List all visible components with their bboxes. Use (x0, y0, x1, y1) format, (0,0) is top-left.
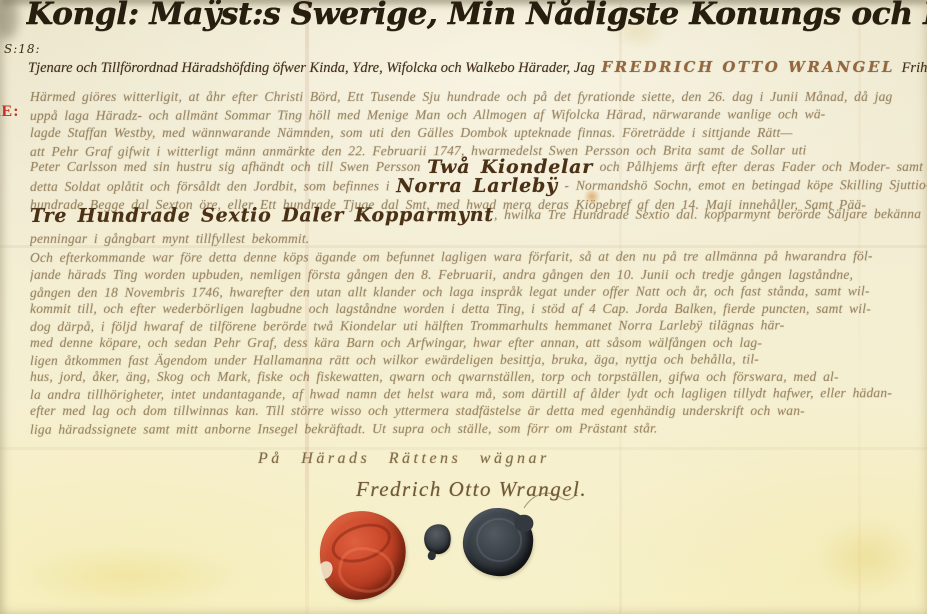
line-text: , hwilka Tre Hundrade Sextio dal. koppar… (494, 206, 927, 222)
parchment-document: S:18: RE: Kongl: Maÿst:s Swerige, Min Nå… (0, 0, 927, 614)
wax-drop-tail (427, 551, 436, 561)
line-text: Härmed giöres witterligit, at åhr efter … (30, 89, 892, 104)
court-attestation: På Härads Rättens wägnar (258, 450, 550, 468)
edge-stamp: RE: (0, 103, 20, 121)
line-text: detta Soldat oplåtit och försåldt den Jo… (30, 178, 396, 194)
paper-stain (820, 522, 915, 592)
line-text: och Pålhjems ärft efter deras Fader och … (593, 159, 927, 174)
paper-stain (20, 548, 240, 603)
red-wax-seal (316, 507, 411, 604)
line-text: penningar i gångbart mynt tillfyllest be… (30, 231, 309, 246)
line-text: uppå laga Häradz- och allmänt Sommar Tin… (30, 106, 825, 123)
small-wax-drop (421, 521, 454, 557)
seal-bump (514, 515, 533, 533)
document-headline: Kongl: Maÿst:s Swerige, Min Nådigste Kon… (26, 0, 927, 58)
document-subheader: Tjenare och Tillförordnad Häradshöfding … (28, 58, 927, 82)
subheader-text-pre: Tjenare och Tillförordnad Häradshöfding … (28, 60, 598, 76)
line-text: Peter Carlsson med sin hustru sig afhänd… (30, 159, 427, 174)
emphasized-phrase: Tre Hundrade Sextio Daler Kopparmynt (30, 204, 494, 227)
line-text: lagde Staffan Westby, med wännwarande Nä… (30, 125, 793, 140)
seal-notch (315, 559, 334, 580)
subheader-text-post: Friherre; Gjör- (898, 60, 927, 76)
line-text: - Normandshö Sochn, emot en betingad köp… (558, 177, 927, 193)
pen-flourish (520, 488, 580, 514)
manuscript-line: penningar i gångbart mynt tillfyllest be… (30, 228, 927, 248)
judge-name: FREDRICH OTTO WRANGEL (598, 58, 897, 76)
manuscript-line: liga häradssignete samt mitt anborne Ins… (30, 420, 770, 442)
corner-shadow (0, 0, 18, 40)
black-wax-seal (461, 506, 536, 579)
